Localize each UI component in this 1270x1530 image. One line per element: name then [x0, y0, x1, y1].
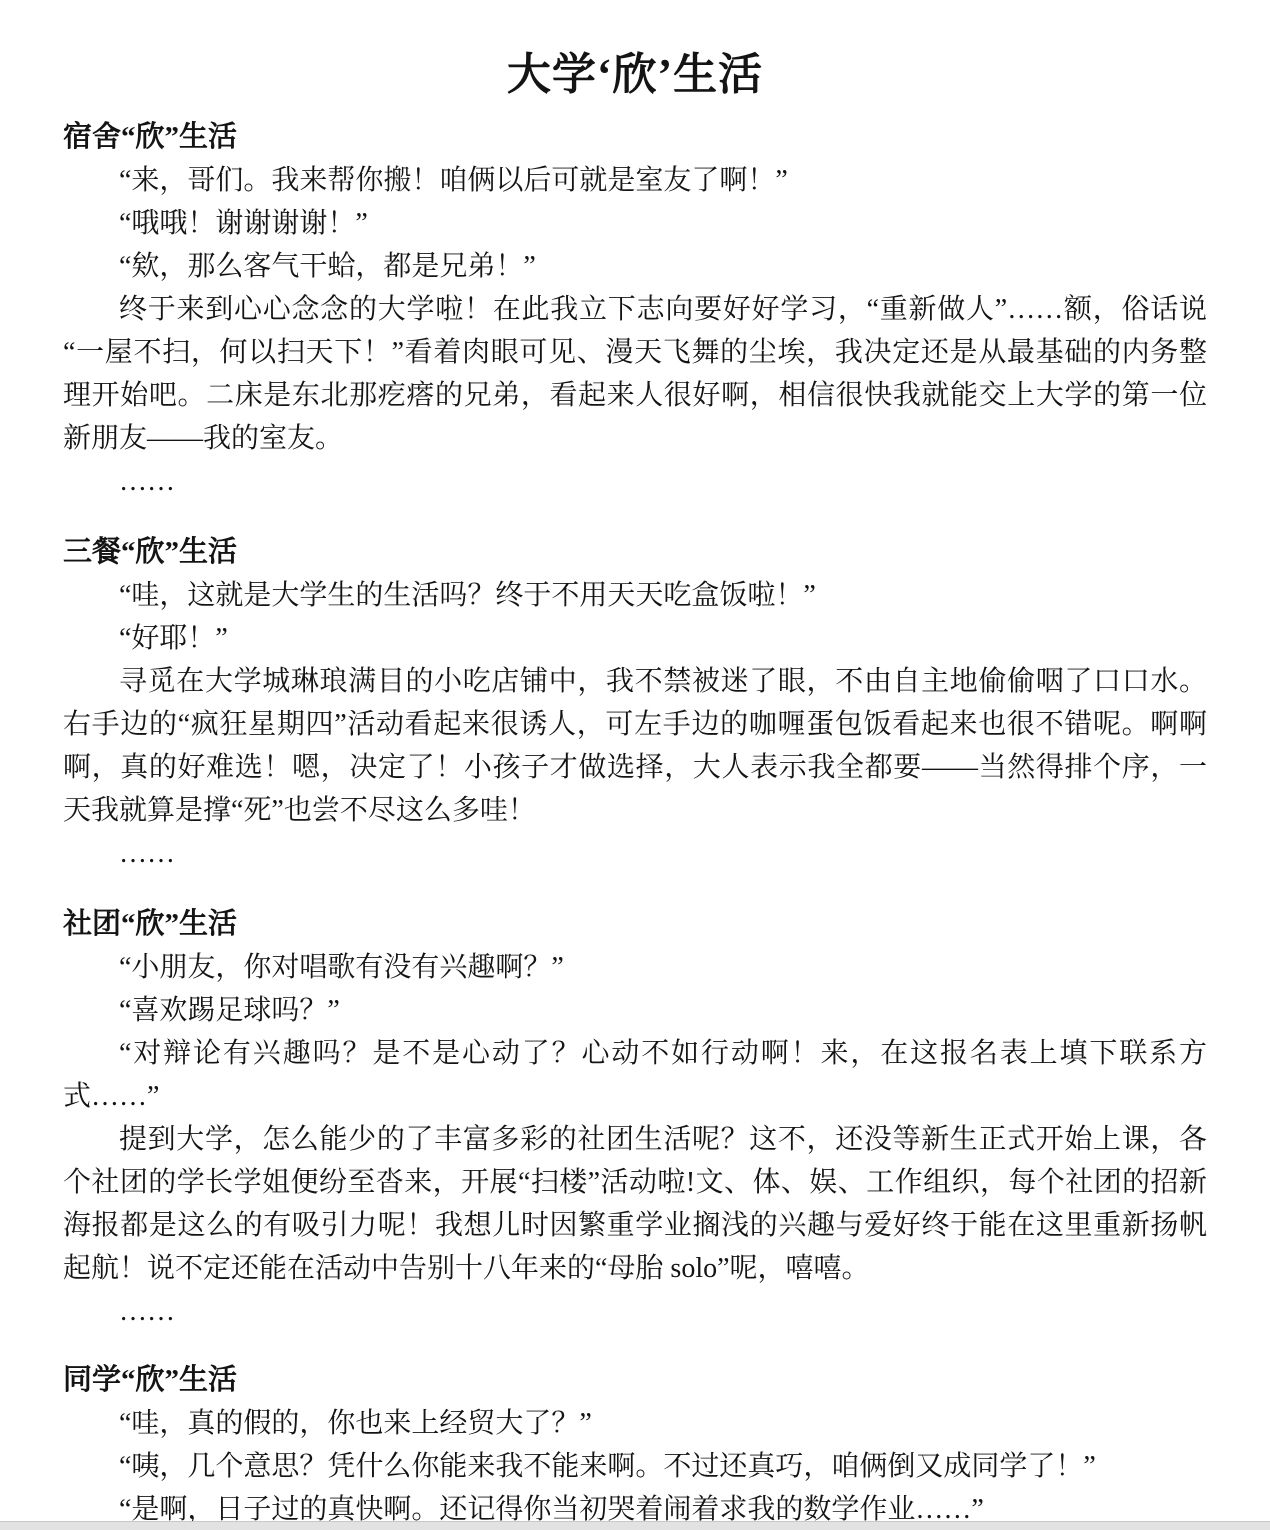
- dialogue-paragraph: “咦，几个意思？凭什么你能来我不能来啊。不过还真巧，咱俩倒又成同学了！”: [63, 1445, 1207, 1488]
- narrative-paragraph: 终于来到心心念念的大学啦！在此我立下志向要好好学习，“重新做人”……额，俗话说“…: [63, 288, 1207, 460]
- dialogue-paragraph: “欸，那么客气干蛤，都是兄弟！”: [63, 245, 1207, 288]
- ellipsis-line: ……: [63, 832, 1207, 875]
- ellipsis-line: ……: [63, 460, 1207, 503]
- document-content: 大学‘欣’生活 宿舍“欣”生活 “来，哥们。我来帮你搬！咱俩以后可就是室友了啊！…: [0, 45, 1270, 1530]
- dialogue-paragraph: “哇，这就是大学生的生活吗？终于不用天天吃盒饭啦！”: [63, 574, 1207, 617]
- section-heading: 社团“欣”生活: [63, 903, 1207, 946]
- section-dorm-life: 宿舍“欣”生活 “来，哥们。我来帮你搬！咱俩以后可就是室友了啊！” “哦哦！谢谢…: [63, 116, 1207, 503]
- section-heading: 三餐“欣”生活: [63, 531, 1207, 574]
- ellipsis-line: ……: [63, 1290, 1207, 1333]
- dialogue-paragraph: “小朋友，你对唱歌有没有兴趣啊？”: [63, 946, 1207, 989]
- dialogue-paragraph: “喜欢踢足球吗？”: [63, 989, 1207, 1032]
- narrative-paragraph: 寻觅在大学城琳琅满目的小吃店铺中，我不禁被迷了眼，不由自主地偷偷咽了口口水。右手…: [63, 660, 1207, 832]
- section-heading: 宿舍“欣”生活: [63, 116, 1207, 159]
- section-heading: 同学“欣”生活: [63, 1359, 1207, 1402]
- document-title: 大学‘欣’生活: [63, 45, 1207, 105]
- page-bottom-edge: [0, 1521, 1270, 1530]
- dialogue-paragraph: “好耶！”: [63, 617, 1207, 660]
- section-clubs-life: 社团“欣”生活 “小朋友，你对唱歌有没有兴趣啊？” “喜欢踢足球吗？” “对辩论…: [63, 903, 1207, 1333]
- dialogue-paragraph: “对辩论有兴趣吗？是不是心动了？心动不如行动啊！来，在这报名表上填下联系方式………: [63, 1032, 1207, 1118]
- document-page: 大学‘欣’生活 宿舍“欣”生活 “来，哥们。我来帮你搬！咱俩以后可就是室友了啊！…: [0, 0, 1270, 1530]
- section-meals-life: 三餐“欣”生活 “哇，这就是大学生的生活吗？终于不用天天吃盒饭啦！” “好耶！”…: [63, 531, 1207, 875]
- dialogue-paragraph: “来，哥们。我来帮你搬！咱俩以后可就是室友了啊！”: [63, 159, 1207, 202]
- dialogue-paragraph: “哇，真的假的，你也来上经贸大了？”: [63, 1402, 1207, 1445]
- section-classmates-life: 同学“欣”生活 “哇，真的假的，你也来上经贸大了？” “咦，几个意思？凭什么你能…: [63, 1359, 1207, 1530]
- narrative-paragraph: 提到大学，怎么能少的了丰富多彩的社团生活呢？这不，还没等新生正式开始上课，各个社…: [63, 1118, 1207, 1290]
- dialogue-paragraph: “哦哦！谢谢谢谢！”: [63, 202, 1207, 245]
